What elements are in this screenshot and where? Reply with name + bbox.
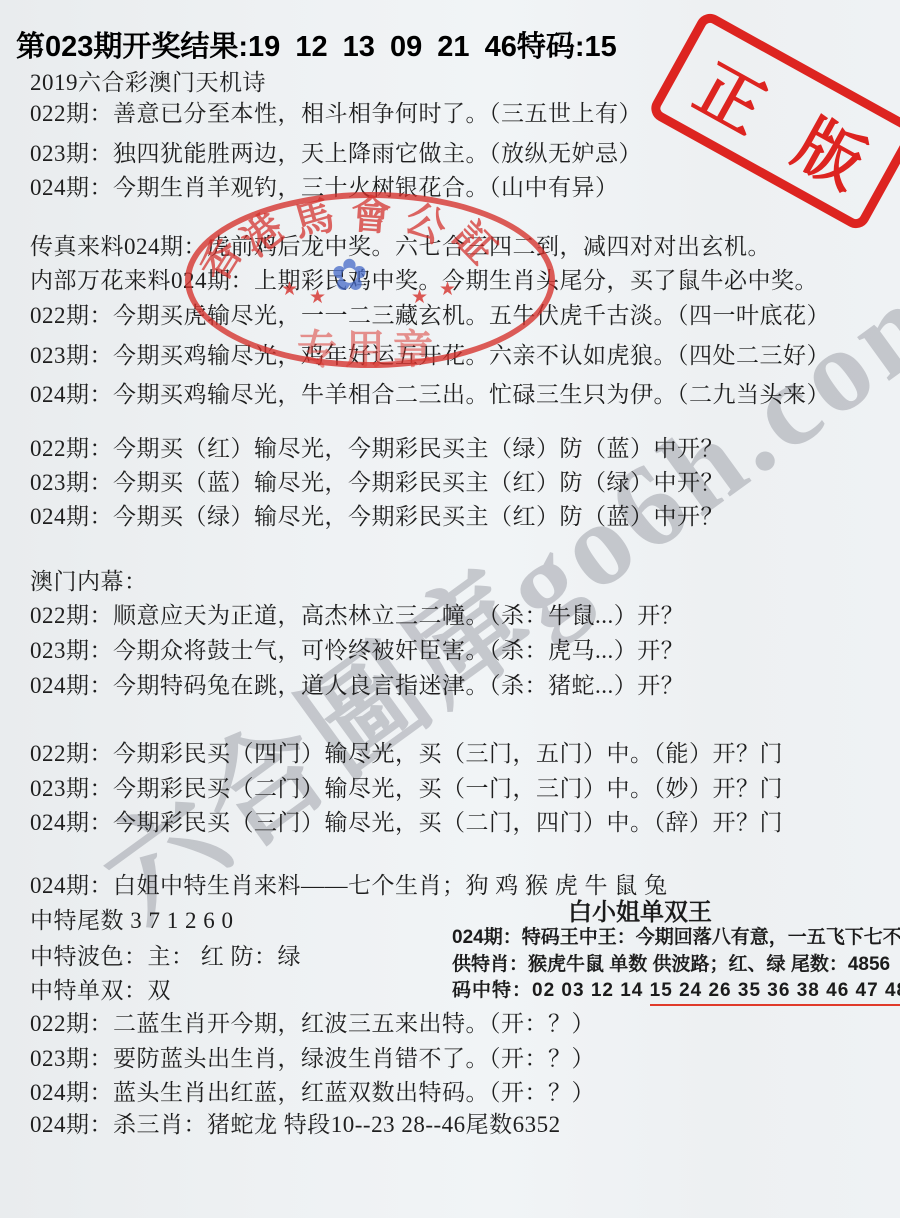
door-line: 023期：今期彩民买（二门）输尽光，买（一门，三门）中。（妙）开？门 — [30, 770, 783, 803]
authentic-stamp: 正 版 — [655, 13, 900, 213]
macau-heading: 澳门内幕： — [30, 563, 148, 596]
fax-line: 022期：今期买虎输尽光，一一二三藏玄机。五牛伏虎千古淡。（四一叶底花） — [30, 297, 830, 330]
codes-underlined: 15 24 26 35 36 38 46 47 48 — [650, 980, 900, 1006]
bottom-line: 024期：蓝头生肖出红蓝，红蓝双数出特码。（开：？） — [30, 1074, 595, 1107]
fax-line: 023期：今期买鸡输尽光，鸡年好运五开花。六亲不认如虎狼。（四处二三好） — [30, 337, 830, 370]
door-line: 022期：今期彩民买（四门）输尽光，买（三门，五门）中。（能）开？门 — [30, 735, 783, 768]
baixiaojie-line: 024期：特码王中王：今期回落八有意，一五飞下七不寓 — [452, 922, 900, 949]
color-line: 023期：今期买（蓝）输尽光，今期彩民买主（红）防（绿）中开？ — [30, 464, 724, 497]
baixiaojie-codes: 码中特：02 03 12 14 15 24 26 35 36 38 46 47 … — [452, 975, 900, 1002]
poem-line: 023期：独四犹能胜两边，天上降雨它做主。（放纵无妒忌） — [30, 135, 642, 168]
stamp-char: 版 — [781, 91, 885, 206]
bottom-line: 022期：二蓝生肖开今期，红波三五来出特。（开：？） — [30, 1005, 595, 1038]
draw-result-title: 第023期开奖结果:19 12 13 09 21 46特码:15 — [16, 24, 617, 65]
bottom-line: 023期：要防蓝头出生肖，绿波生肖错不了。（开：？） — [30, 1040, 595, 1073]
poem-heading: 2019六合彩澳门天机诗 — [30, 64, 266, 97]
stamp-border-icon: 正 版 — [646, 9, 900, 233]
tail-numbers: 中特尾数 3 7 1 2 6 0 — [30, 902, 234, 935]
codes-prefix: 码中特：02 03 12 14 — [452, 980, 650, 1001]
bottom-line: 024期：杀三肖：猪蛇龙 特段10--23 28--46尾数6352 — [30, 1106, 561, 1139]
macau-line: 024期：今期特码兔在跳，道人良言指迷津。（杀：猪蛇...）开？ — [30, 667, 684, 700]
fax-line: 024期：今期买鸡输尽光，牛羊相合二三出。忙碌三生只为伊。（二九当头来） — [30, 376, 830, 409]
stamp-char: 正 — [681, 36, 785, 151]
color-line: 024期：今期买（绿）输尽光，今期彩民买主（红）防（蓝）中开？ — [30, 498, 724, 531]
baixiaojie-line: 供特肖：猴虎牛鼠 单数 供波路；红、绿 尾数：4856 — [452, 949, 890, 976]
poem-line: 024期：今期生肖羊观钓，三十火树银花合。（山中有异） — [30, 169, 619, 202]
fax-line: 传真来料024期：虎前鸡后龙中奖。六七合三四二到，减四对对出玄机。 — [30, 228, 771, 261]
fax-line: 内部万花来料024期：上期彩民鸡中奖。今期生肖头尾分，买了鼠牛必中奖。 — [30, 262, 818, 295]
macau-line: 023期：今期众将鼓士气，可怜终被奸臣害。（杀：虎马...）开？ — [30, 632, 684, 665]
odd-even: 中特单双：双 — [30, 972, 171, 1005]
color-line: 022期：今期买（红）输尽光，今期彩民买主（绿）防（蓝）中开？ — [30, 430, 724, 463]
wave-color: 中特波色：主： 红 防：绿 — [30, 938, 301, 971]
poem-line: 022期：善意已分至本性，相斗相争何时了。（三五世上有） — [30, 95, 642, 128]
lottery-sheet: 六合圖庫go6h.com 第023期开奖结果:19 12 13 09 21 46… — [0, 0, 900, 1218]
macau-line: 022期：顺意应天为正道，高杰林立三二幢。（杀：牛鼠...）开？ — [30, 597, 684, 630]
door-line: 024期：今期彩民买（三门）输尽光，买（二门，四门）中。（辞）开？门 — [30, 804, 783, 837]
